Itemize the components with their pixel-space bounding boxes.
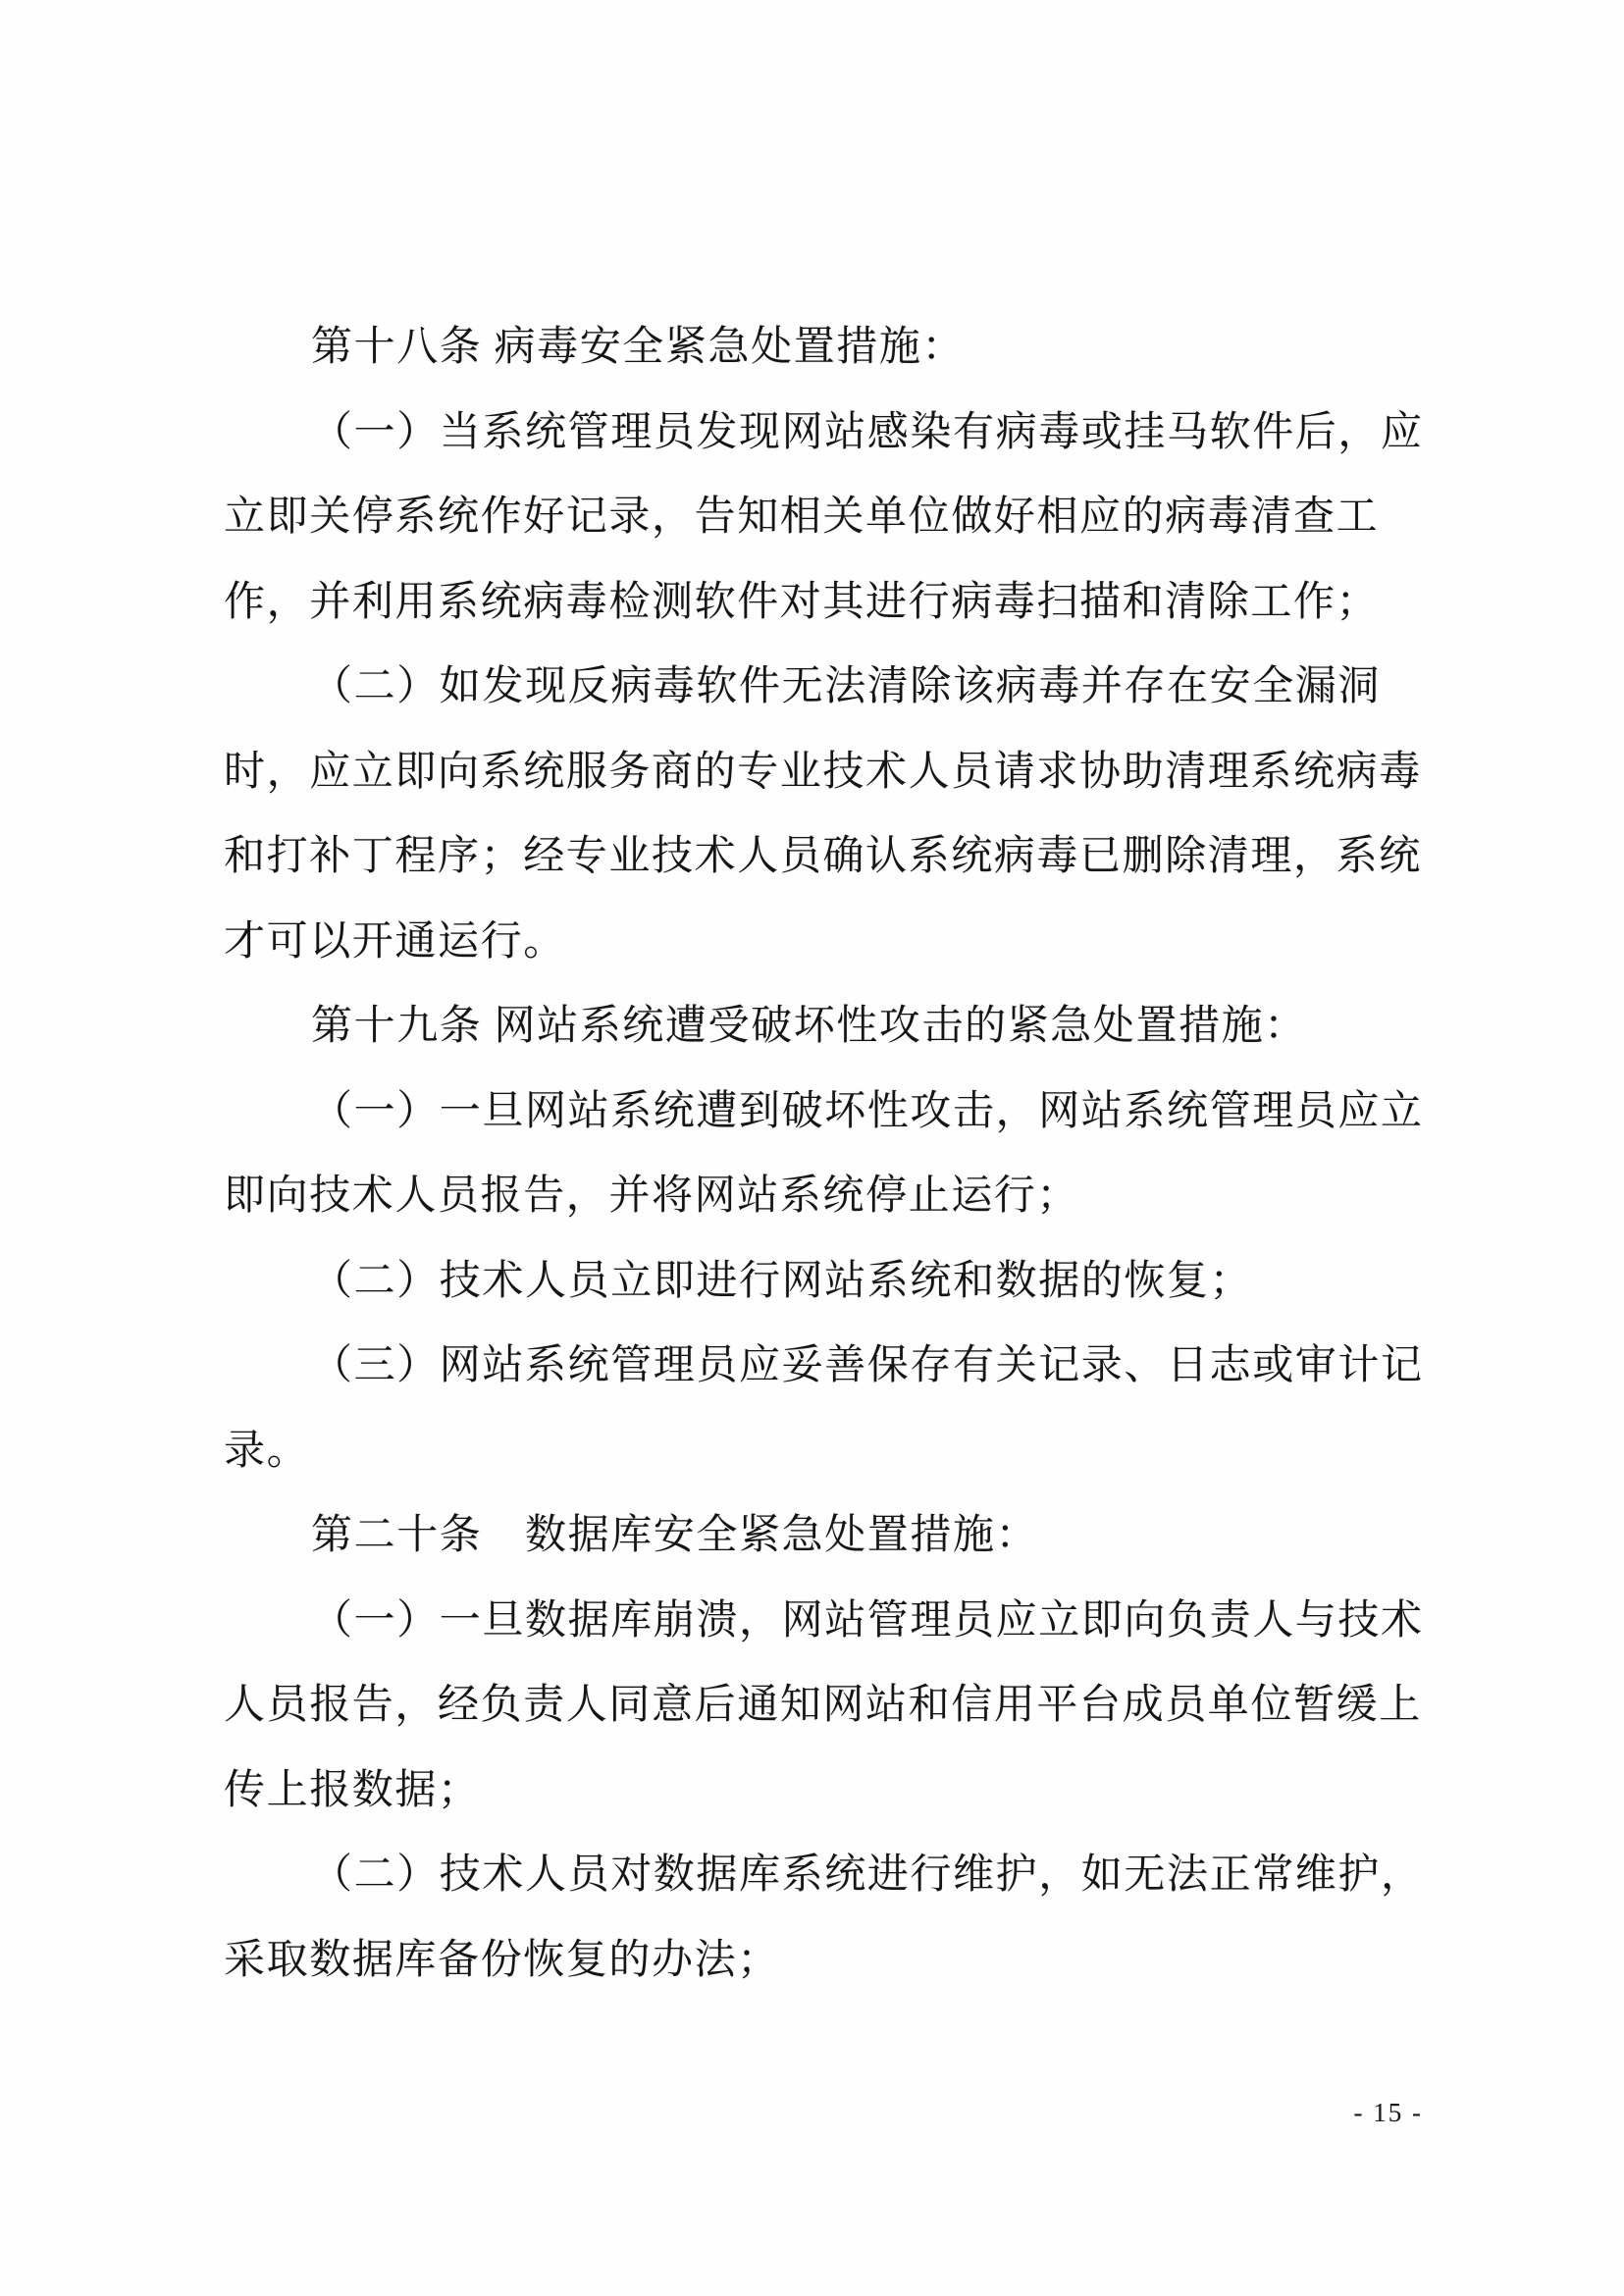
page-number: - 15 -	[1354, 2096, 1423, 2129]
text-line: 时，应立即向系统服务商的专业技术人员请求协助清理系统病毒	[224, 730, 1425, 815]
text-line: 传上报数据；	[224, 1748, 1425, 1834]
text-line: 采取数据库备份恢复的办法；	[224, 1918, 1425, 2004]
text-line: （一）一旦网站系统遭到破坏性攻击，网站系统管理员应立	[224, 1070, 1425, 1155]
text-line: （二）技术人员立即进行网站系统和数据的恢复；	[224, 1239, 1425, 1325]
text-line: （二）如发现反病毒软件无法清除该病毒并存在安全漏洞	[224, 645, 1425, 730]
text-line: 立即关停系统作好记录，告知相关单位做好相应的病毒清查工	[224, 475, 1425, 560]
text-line: （一）一旦数据库崩溃，网站管理员应立即向负责人与技术	[224, 1579, 1425, 1664]
document-body: 第十八条 病毒安全紧急处置措施：（一）当系统管理员发现网站感染有病毒或挂马软件后…	[224, 0, 1425, 2003]
text-line: 人员报告，经负责人同意后通知网站和信用平台成员单位暂缓上	[224, 1663, 1425, 1748]
text-line: 才可以开通运行。	[224, 900, 1425, 985]
text-line: 第十八条 病毒安全紧急处置措施：	[224, 305, 1425, 391]
text-line: 第二十条 数据库安全紧急处置措施：	[224, 1493, 1425, 1579]
text-line: （三）网站系统管理员应妥善保存有关记录、日志或审计记	[224, 1324, 1425, 1409]
text-line: 录。	[224, 1409, 1425, 1494]
text-line: （一）当系统管理员发现网站感染有病毒或挂马软件后，应	[224, 391, 1425, 476]
text-line: 和打补丁程序；经专业技术人员确认系统病毒已删除清理，系统	[224, 814, 1425, 900]
text-line: （二）技术人员对数据库系统进行维护，如无法正常维护，	[224, 1833, 1425, 1918]
text-line: 作，并利用系统病毒检测软件对其进行病毒扫描和清除工作；	[224, 560, 1425, 646]
text-line: 第十九条 网站系统遭受破坏性攻击的紧急处置措施：	[224, 984, 1425, 1070]
document-page: 第十八条 病毒安全紧急处置措施：（一）当系统管理员发现网站感染有病毒或挂马软件后…	[0, 0, 1624, 2296]
text-line: 即向技术人员报告，并将网站系统停止运行；	[224, 1154, 1425, 1239]
